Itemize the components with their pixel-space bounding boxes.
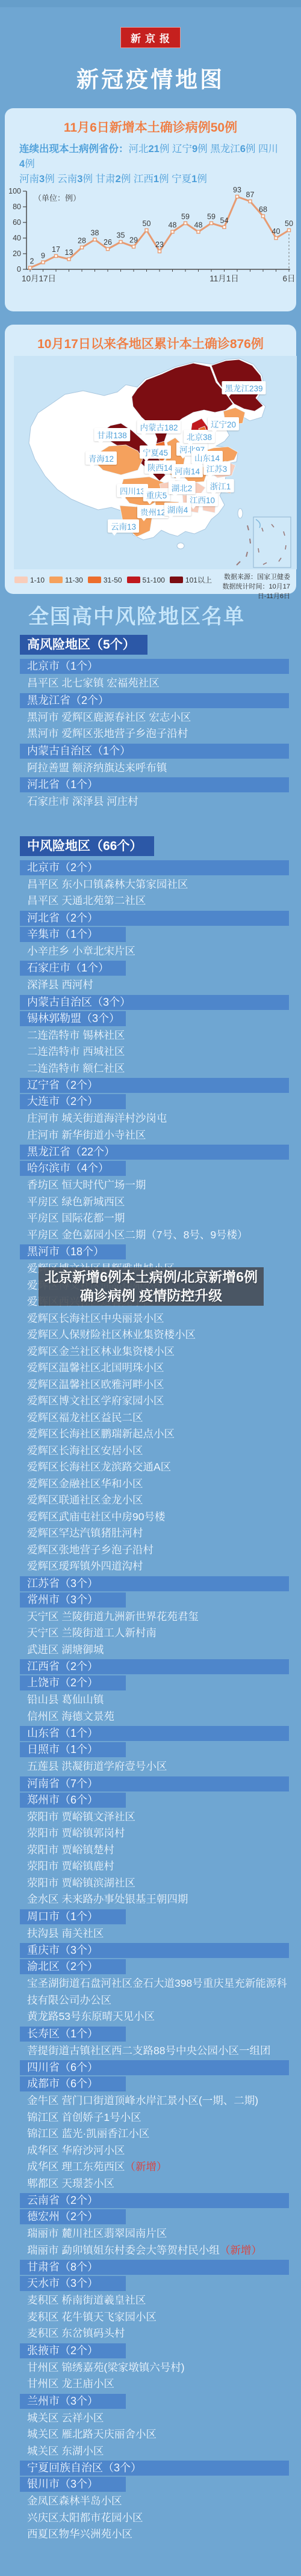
risk-level-header: 中风险地区（66个） [20, 836, 154, 856]
risk-area-item: 西夏区物华兴洲苑小区 [20, 2526, 289, 2543]
risk-area-item: 庄河市 新华街道小寺社区 [20, 1127, 289, 1144]
risk-area-item: 麦积区 东岔镇码头村 [20, 2325, 289, 2342]
risk-area-item: 兴庆区太阳都市花园小区 [20, 2510, 289, 2527]
svg-text:80: 80 [13, 203, 21, 211]
risk-area-item: 铅山县 葛仙山镇 [20, 1692, 289, 1709]
risk-area-item: 二连浩特市 额仁社区 [20, 1060, 289, 1077]
legend-label: 31-50 [104, 576, 122, 584]
city-header: 郑州市（6个） [20, 1793, 126, 1808]
province-header: 河南省（7个） [20, 1776, 289, 1791]
map-label-宁夏: 宁夏45 [140, 445, 171, 459]
taiwan-island [238, 509, 243, 518]
risk-area-item: 金牛区 营门口街道顶峰水岸汇景小区(一期、二期) [20, 2093, 289, 2109]
risk-area-item: 金凤区森林半岛小区 [20, 2493, 289, 2510]
new-badge: （新增） [125, 2161, 167, 2173]
risk-area-item: 阿拉善盟 额济纳旗达来呼布镇 [20, 760, 289, 777]
data-source-note: 数据来源：国家卫健委 数据统计时间：10月17日-11月6日 [212, 572, 290, 601]
risk-area-item: 平房区 国际花都一期 [20, 1210, 289, 1227]
risk-list-title: 全国高中风险地区名单 [28, 600, 245, 629]
province-header: 重庆市（3个） [20, 1943, 289, 1958]
svg-text:40: 40 [13, 234, 21, 242]
svg-text:9: 9 [41, 251, 45, 260]
city-header: 周口市（1个） [20, 1909, 126, 1924]
risk-area-item: 爱辉区武庙屯社区中房90号楼 [20, 1509, 289, 1526]
legend-swatch [49, 577, 63, 583]
city-header: 天水市（3个） [20, 2276, 126, 2291]
risk-area-item: 甘州区 锦绣嘉苑(梁家墩镇六号村) [20, 2360, 289, 2376]
svg-text:48: 48 [194, 221, 203, 230]
daily-cases-line-chart: 020406080100（单位：例）2917132838263529502348… [8, 185, 297, 295]
svg-text:2: 2 [30, 257, 34, 265]
map-label-云南: 云南13 [108, 519, 139, 533]
city-header: 渝北区（2个） [20, 1959, 126, 1974]
svg-text:40: 40 [272, 227, 281, 236]
risk-area-item: 爱辉区张地营子乡泡子沿村 [20, 1542, 289, 1559]
risk-area-item: 爱辉区长海社区安居小区 [20, 1443, 289, 1460]
map-legend: 1-1011-3031-5051-100101以上 [14, 575, 212, 585]
legend-label: 11-30 [65, 576, 83, 584]
city-header: 锡林郭勒盟（3个） [20, 1011, 126, 1026]
legend-swatch [14, 577, 28, 583]
daily-headline: 11月6日新增本土确诊病例50例 [5, 108, 296, 136]
list-gap [20, 810, 289, 834]
svg-text:93: 93 [233, 186, 241, 194]
risk-area-item: 荥阳市 贾峪镇郭岗村 [20, 1825, 289, 1842]
risk-area-item: 城关区 东湖小区 [20, 2443, 289, 2460]
risk-area-item: 黄龙路53号东原晴天见小区 [20, 2008, 289, 2025]
province-header: 黑龙江省（22个） [20, 1145, 289, 1160]
map-legend-row: 1-1011-3031-5051-100101以上 数据来源：国家卫健委 数据统… [14, 572, 290, 601]
svg-text:100: 100 [8, 187, 21, 195]
legend-label: 101以上 [185, 575, 212, 585]
city-header: 银川市（3个） [20, 2477, 126, 2492]
svg-text:20: 20 [13, 249, 21, 258]
risk-area-item: 扶沟县 南关社区 [20, 1926, 289, 1942]
province-header: 河北省（2个） [20, 911, 289, 926]
risk-area-item: 爱辉区温馨社区北国明珠小区 [20, 1360, 289, 1377]
risk-area-list: 高风险地区（5个）北京市（1个）昌平区 北七家镇 宏福苑社区黑龙江省（2个）黑河… [20, 633, 289, 2543]
city-header: 兰州市（3个） [20, 2394, 126, 2409]
risk-area-item: 宝圣湖街道石盘河社区金石大道398号重庆星充新能源科技有限公司办公区 [20, 1975, 289, 2008]
risk-area-item: 黑河市 爱辉区张地营子乡泡子沿村 [20, 726, 289, 742]
svg-text:10月17日: 10月17日 [22, 274, 56, 283]
city-header: 日照市（1个） [20, 1742, 126, 1757]
map-label-湖南: 湖南4 [164, 503, 191, 516]
risk-area-item: 昌平区 天通北苑第二社区 [20, 893, 289, 910]
daily-cases-card: 11月6日新增本土确诊病例50例 连续出现本土病例省份：河北21例 辽宁9例 黑… [5, 108, 296, 311]
province-header: 黑龙江省（2个） [20, 693, 289, 708]
svg-text:50: 50 [285, 219, 293, 228]
risk-area-item: 瑞丽市 麓川社区翡翠园南片区 [20, 2226, 289, 2242]
map-label-辽宁: 辽宁20 [208, 417, 239, 430]
city-header: 哈尔滨市（4个） [20, 1161, 126, 1176]
province-line-2: 河南3例 云南3例 甘肃2例 江西1例 宁夏1例 [19, 174, 207, 185]
province-header: 云南省（2个） [20, 2193, 289, 2208]
risk-area-item: 爱辉区长海社区龙滨路交通A区 [20, 1459, 289, 1476]
city-header: 常州市（3个） [20, 1592, 126, 1608]
risk-area-item: 信州区 海德文景苑 [20, 1709, 289, 1725]
svg-text:59: 59 [207, 212, 216, 221]
map-label-北京: 北京38 [184, 430, 215, 443]
new-badge: （新增） [220, 2244, 262, 2256]
map-label-河南: 河南14 [172, 464, 203, 477]
map-label-青海: 青海12 [85, 451, 117, 465]
risk-area-item: 黑河市 爱辉区鹿源春社区 宏志小区 [20, 709, 289, 726]
province-header: 四川省（6个） [20, 2060, 289, 2075]
south-china-sea-inset [253, 517, 291, 568]
city-header: 石家庄市（1个） [20, 961, 126, 976]
svg-text:13: 13 [65, 248, 73, 257]
svg-text:29: 29 [129, 236, 138, 244]
province-case-lines: 连续出现本土病例省份：河北21例 辽宁9例 黑龙江6例 四川4例河南3例 云南3… [19, 142, 282, 187]
province-header: 北京市（1个） [20, 659, 289, 674]
svg-text:6日: 6日 [282, 274, 295, 283]
risk-area-item: 爱辉区金兰社区林业集资楼小区 [20, 1344, 289, 1360]
risk-area-item: 爱辉区博文社区学府家园小区 [20, 1393, 289, 1410]
risk-area-item: 武进区 湖塘御城 [20, 1642, 289, 1659]
risk-area-item: 平房区 绿色新城西区 [20, 1194, 289, 1211]
risk-area-item: 锦江区 蓝光·凯丽香江小区 [20, 2126, 289, 2143]
map-headline: 10月17日以来各地区累计本土确诊876例 [5, 325, 296, 352]
province-header: 内蒙古自治区（3个） [20, 995, 289, 1010]
legend-item: 31-50 [88, 576, 122, 584]
map-label-江苏: 江苏3 [203, 462, 231, 475]
infographic-page: { "header": { "brand": "新京报", "title": "… [0, 0, 301, 2576]
svg-text:54: 54 [220, 216, 229, 225]
risk-area-item: 城关区 云祥小区 [20, 2410, 289, 2427]
risk-area-item: 爱辉区瑷珲镇外四道沟村 [20, 1558, 289, 1575]
risk-level-header: 高风险地区（5个） [20, 635, 147, 655]
province-header: 辽宁省（2个） [20, 1078, 289, 1093]
svg-text:35: 35 [117, 231, 125, 240]
risk-area-item: 甘州区 龙王庙小区 [20, 2376, 289, 2393]
risk-area-item: 爱辉区长海社区鹏瑞新起点小区 [20, 1426, 289, 1443]
svg-text:26: 26 [104, 238, 112, 246]
risk-area-item: 二连浩特市 西城社区 [20, 1044, 289, 1060]
risk-area-item: 菩提街道古镇社区西二支路88号中央公园小区一组团 [20, 2043, 289, 2060]
svg-text:0: 0 [17, 265, 21, 274]
svg-text:（单位：例）: （单位：例） [34, 194, 81, 203]
risk-area-item: 石家庄市 深泽县 河庄村 [20, 794, 289, 810]
video-title-overlay: 北京新增6例本土病例/北京新增6例 确诊病例 疫情防控升级 [39, 1267, 264, 1306]
svg-text:87: 87 [246, 191, 255, 199]
risk-area-item: 二连浩特市 锡林社区 [20, 1027, 289, 1044]
city-header: 上饶市（2个） [20, 1675, 126, 1690]
map-label-甘肃: 甘肃138 [94, 428, 130, 441]
svg-text:48: 48 [169, 221, 177, 230]
header: 新京报 新冠疫情地图 [0, 7, 301, 94]
province-header: 甘肃省（8个） [20, 2260, 289, 2275]
svg-text:68: 68 [259, 206, 267, 214]
svg-text:28: 28 [78, 237, 86, 245]
risk-area-item: 五莲县 洪凝街道学府壹号小区 [20, 1758, 289, 1775]
city-header: 大连市（2个） [20, 1094, 126, 1109]
svg-text:38: 38 [91, 229, 99, 237]
map-label-黑龙江: 黑龙江239 [222, 381, 265, 394]
risk-area-item: 城关区 雁北路天庆丽舍小区 [20, 2426, 289, 2443]
legend-swatch [170, 577, 183, 583]
risk-area-item: 麦积区 桥南街道羲皇社区 [20, 2292, 289, 2309]
risk-area-item: 天宁区 兰陵街道九洲新世界花苑君玺 [20, 1609, 289, 1626]
province-header: 河北省（1个） [20, 777, 289, 792]
city-header: 德宏州（2个） [20, 2209, 126, 2224]
legend-item: 11-30 [49, 576, 83, 584]
top-strip [0, 0, 301, 7]
risk-area-item: 荥阳市 贾峪镇楚村 [20, 1842, 289, 1859]
legend-label: 1-10 [30, 576, 45, 584]
risk-area-item: 郫都区 天璟荟小区 [20, 2176, 289, 2192]
legend-item: 101以上 [170, 575, 212, 585]
line-chart-svg: 020406080100（单位：例）2917132838263529502348… [8, 185, 297, 292]
risk-area-item: 金水区 未来路办事处银基王朝四期 [20, 1891, 289, 1908]
risk-area-item: 爱辉区人保财险社区林业集资楼小区 [20, 1327, 289, 1344]
risk-area-item: 锦江区 首创娇子1号小区 [20, 2109, 289, 2126]
overlay-line-2: 确诊病例 疫情防控升级 [39, 1286, 264, 1305]
svg-text:17: 17 [52, 245, 60, 254]
risk-area-item: 昌平区 北七家镇 宏福苑社区 [20, 675, 289, 692]
risk-area-item: 小辛庄乡 小章北宋片区 [20, 943, 289, 960]
svg-text:50: 50 [143, 219, 151, 228]
risk-area-item: 香坊区 恒大时代广场一期 [20, 1177, 289, 1194]
risk-area-item: 爱辉区福龙社区益民二区 [20, 1410, 289, 1427]
page-title: 新冠疫情地图 [0, 61, 301, 94]
risk-area-item: 麦积区 花牛镇天飞家园小区 [20, 2309, 289, 2326]
province-lines-label: 连续出现本土病例省份： [19, 144, 129, 154]
province-header: 山东省（1个） [20, 1726, 289, 1741]
province-header: 北京市（2个） [20, 860, 289, 875]
risk-area-item: 荥阳市 贾峪镇滨湖社区 [20, 1875, 289, 1892]
risk-area-item: 天宁区 兰陵街道工人新村南 [20, 1625, 289, 1642]
source-period-line: 数据统计时间：10月17日-11月6日 [212, 582, 290, 601]
map-label-内蒙古: 内蒙古182 [137, 420, 181, 433]
legend-swatch [127, 577, 140, 583]
source-line: 数据来源：国家卫健委 [212, 572, 290, 582]
risk-area-item: 深泽县 西河村 [20, 977, 289, 994]
legend-item: 51-100 [127, 576, 165, 584]
svg-text:59: 59 [181, 212, 190, 221]
city-header: 张掖市（2个） [20, 2343, 126, 2358]
risk-area-item: 荥阳市 贾峪镇鹿村 [20, 1858, 289, 1875]
svg-text:60: 60 [13, 218, 21, 227]
risk-area-item: 成华区 华府沙河小区 [20, 2143, 289, 2159]
city-header: 辛集市（1个） [20, 927, 126, 942]
legend-swatch [88, 577, 101, 583]
risk-area-item: 爱辉区温馨社区欧雅河畔小区 [20, 1377, 289, 1394]
risk-area-item: 爱辉区金融社区华和小区 [20, 1476, 289, 1493]
risk-area-item: 爱辉区联通社区金龙小区 [20, 1492, 289, 1509]
city-header: 长寿区（1个） [20, 2027, 126, 2042]
svg-text:23: 23 [155, 240, 164, 249]
risk-area-item: 爱辉区长海社区中央丽景小区 [20, 1311, 289, 1327]
map-label-重庆: 重庆5 [143, 488, 170, 501]
svg-text:11月1日: 11月1日 [209, 274, 239, 283]
china-map: 黑龙江239内蒙古182甘肃138河北97宁夏45北京38辽宁20山东14陕西1… [14, 356, 297, 569]
brand-badge: 新京报 [120, 27, 181, 48]
legend-item: 1-10 [14, 576, 45, 584]
legend-label: 51-100 [143, 576, 165, 584]
risk-area-item: 瑞丽市 勐卯镇姐东村委会大等贺村民小组（新增） [20, 2242, 289, 2259]
map-label-浙江: 浙江1 [207, 479, 234, 492]
risk-area-item: 成华区 理工东苑西区（新增） [20, 2159, 289, 2176]
province-header: 内蒙古自治区（1个） [20, 744, 289, 759]
province-header: 江苏省（3个） [20, 1576, 289, 1591]
risk-area-item: 昌平区 东小口镇森林大第家园社区 [20, 877, 289, 893]
city-header: 黑河市（18个） [20, 1244, 126, 1259]
map-card: 10月17日以来各地区累计本土确诊876例 （单位：例） [5, 325, 296, 594]
risk-area-item: 荥阳市 贾峪镇文泽社区 [20, 1809, 289, 1826]
risk-area-item: 平房区 金色嘉园小区二期（7号、8号、9号楼） [20, 1227, 289, 1244]
risk-area-item: 爱辉区罕达汽镇猪肚河村 [20, 1525, 289, 1542]
province-header: 江西省（2个） [20, 1659, 289, 1674]
map-label-湖北: 湖北2 [169, 481, 196, 494]
risk-area-item: 庄河市 城关街道海洋村沙岗屯 [20, 1110, 289, 1127]
province-header: 宁夏回族自治区（3个） [20, 2461, 289, 2476]
overlay-line-1: 北京新增6例本土病例/北京新增6例 [39, 1268, 264, 1286]
hainan-island [177, 543, 184, 549]
city-header: 成都市（6个） [20, 2076, 126, 2091]
